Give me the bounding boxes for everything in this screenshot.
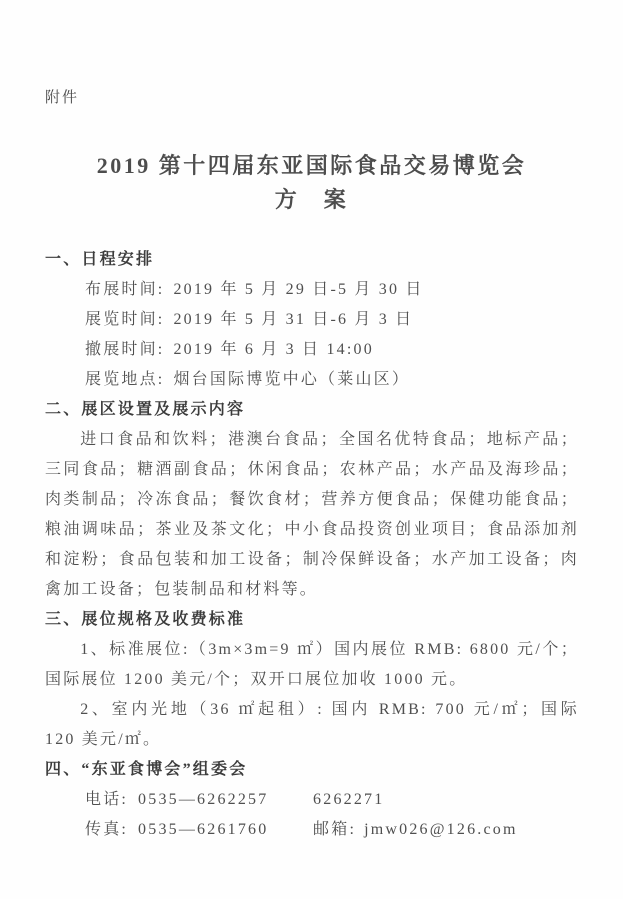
section-heading-booth-fees: 三、展位规格及收费标准: [45, 605, 579, 635]
contact-block: 电话:0535—62622576262271 传真:0535—6261760邮箱…: [45, 785, 579, 845]
email-address: jmw026@126.com: [364, 821, 518, 838]
schedule-label: 布展时间:: [85, 281, 164, 298]
schedule-value: 2019 年 5 月 31 日-6 月 3 日: [173, 311, 413, 328]
contact-row-phone: 电话:0535—62622576262271: [45, 785, 579, 815]
section-heading-committee: 四、“东亚食博会”组委会: [45, 755, 579, 785]
document-body: 一、日程安排 布展时间:2019 年 5 月 29 日-5 月 30 日 展览时…: [0, 245, 623, 845]
fax-number: 0535—6261760: [138, 815, 313, 845]
schedule-list: 布展时间:2019 年 5 月 29 日-5 月 30 日 展览时间:2019 …: [45, 275, 579, 395]
email-label: 邮箱:: [313, 821, 356, 838]
section-heading-exhibit-content: 二、展区设置及展示内容: [45, 395, 579, 425]
schedule-value: 2019 年 5 月 29 日-5 月 30 日: [173, 281, 423, 298]
schedule-row-teardown: 撤展时间:2019 年 6 月 3 日 14:00: [45, 335, 579, 365]
fee-item-raw-space: 2、室内光地（36 ㎡起租）: 国内 RMB: 700 元/㎡；国际 120 美…: [45, 695, 579, 755]
schedule-value: 烟台国际博览中心（莱山区）: [173, 371, 410, 388]
schedule-row-venue: 展览地点:烟台国际博览中心（莱山区）: [45, 365, 579, 395]
phone-label: 电话:: [85, 791, 128, 808]
fee-item-standard-booth: 1、标准展位:（3m×3m=9 ㎡）国内展位 RMB: 6800 元/个；国际展…: [45, 635, 579, 695]
contact-row-fax-email: 传真:0535—6261760邮箱:jmw026@126.com: [45, 815, 579, 845]
schedule-label: 撤展时间:: [85, 341, 164, 358]
phone-number-2: 6262271: [313, 791, 384, 808]
schedule-label: 展览时间:: [85, 311, 164, 328]
attachment-label: 附件: [45, 86, 623, 107]
document-title: 2019 第十四届东亚国际食品交易博览会 方 案: [0, 149, 623, 217]
title-line-1: 2019 第十四届东亚国际食品交易博览会: [0, 149, 623, 183]
phone-number-1: 0535—6262257: [138, 785, 313, 815]
schedule-row-exhibition: 展览时间:2019 年 5 月 31 日-6 月 3 日: [45, 305, 579, 335]
schedule-row-setup: 布展时间:2019 年 5 月 29 日-5 月 30 日: [45, 275, 579, 305]
schedule-value: 2019 年 6 月 3 日 14:00: [173, 341, 373, 358]
title-line-2: 方 案: [0, 183, 623, 217]
schedule-label: 展览地点:: [85, 371, 164, 388]
exhibit-content-paragraph: 进口食品和饮料；港澳台食品；全国名优特食品；地标产品；三同食品；糖酒副食品；休闲…: [45, 425, 579, 605]
section-heading-schedule: 一、日程安排: [45, 245, 579, 275]
fax-label: 传真:: [85, 821, 128, 838]
scanned-document-page: 附件 2019 第十四届东亚国际食品交易博览会 方 案 一、日程安排 布展时间:…: [0, 0, 623, 899]
